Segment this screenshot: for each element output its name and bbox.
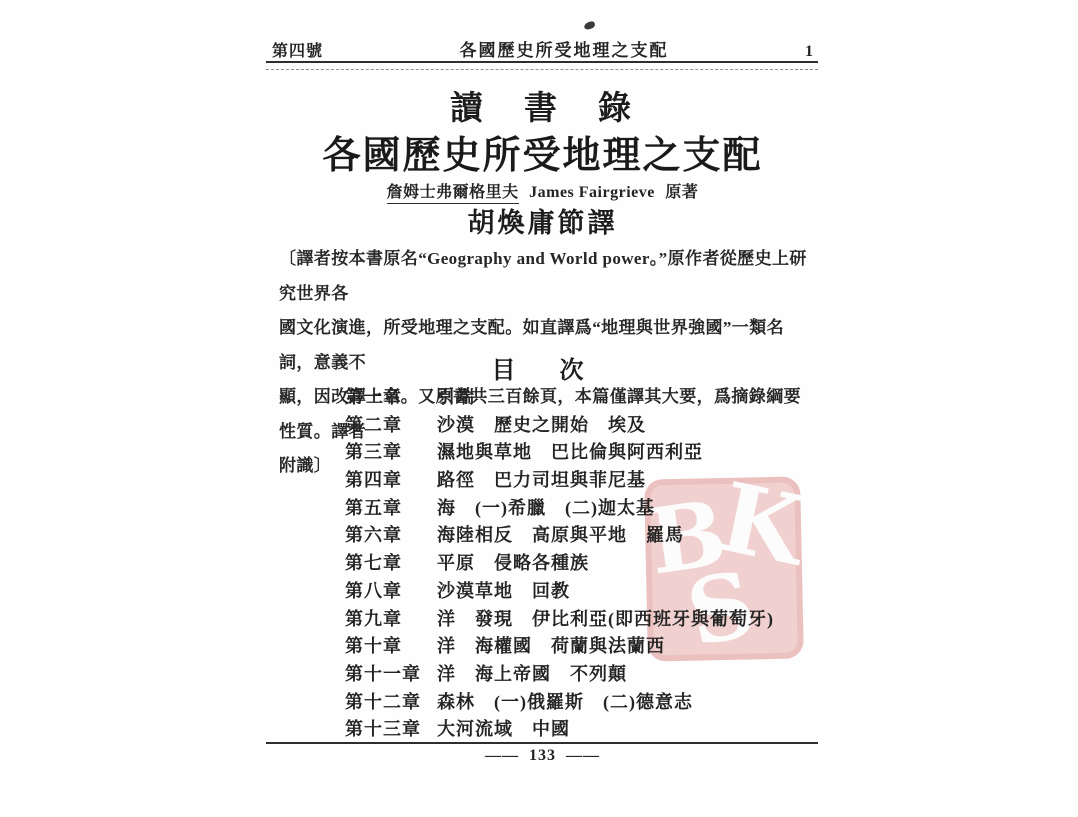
toc-chapter-title: 路徑 巴力司坦與菲尼基 xyxy=(437,467,646,495)
toc-chapter-title: 海陸相反 高原與平地 羅馬 xyxy=(437,522,684,550)
toc-chapter-label: 第六章 xyxy=(345,522,437,550)
toc-entry: 第六章海陸相反 高原與平地 羅馬 xyxy=(345,522,815,550)
page-number-top: 1 xyxy=(805,43,814,61)
toc-entry: 第十一章洋 海上帝國 不列顛 xyxy=(345,661,815,689)
toc-entry: 第九章洋 發現 伊比利亞(即西班牙與葡萄牙) xyxy=(345,606,815,634)
toc-chapter-title: 沙漠 歷史之開始 埃及 xyxy=(437,412,646,440)
toc-chapter-title: 沙漠草地 回教 xyxy=(437,578,570,606)
translator-line: 胡煥庸節譯 xyxy=(270,201,815,240)
toc-chapter-label: 第三章 xyxy=(345,439,437,467)
toc-entry: 第五章海 (一)希臘 (二)迦太基 xyxy=(345,495,815,523)
footer-dash-left: —— xyxy=(485,747,519,764)
toc-chapter-title: 海 (一)希臘 (二)迦太基 xyxy=(437,495,655,523)
toc-chapter-label: 第一章 xyxy=(345,384,437,412)
toc-list: 第一章引端 第二章沙漠 歷史之開始 埃及 第三章濕地與草地 巴比倫與阿西利亞 第… xyxy=(345,384,815,744)
footer-rule xyxy=(266,742,818,744)
toc-chapter-title: 洋 發現 伊比利亞(即西班牙與葡萄牙) xyxy=(437,606,774,634)
toc-chapter-title: 洋 海權國 荷蘭與法蘭西 xyxy=(437,633,665,661)
header-rule-solid xyxy=(266,61,818,63)
toc-chapter-label: 第十三章 xyxy=(345,716,437,744)
toc-entry: 第十二章森林 (一)俄羅斯 (二)德意志 xyxy=(345,689,815,717)
toc-chapter-label: 第七章 xyxy=(345,550,437,578)
running-title: 各國歷史所受地理之支配 xyxy=(460,36,669,61)
header-rule-dashed xyxy=(266,69,818,70)
running-header: 第四號 各國歷史所受地理之支配 1 xyxy=(272,36,814,61)
toc-heading: 目 次 xyxy=(270,350,815,385)
author-name-english: James Fairgrieve xyxy=(529,184,655,201)
issue-number: 第四號 xyxy=(272,38,323,61)
scanned-document-page: 第四號 各國歷史所受地理之支配 1 讀 書 錄 各國歷史所受地理之支配 詹姆士弗… xyxy=(0,0,1078,817)
author-line: 詹姆士弗爾格里夫 James Fairgrieve 原著 xyxy=(270,179,815,202)
toc-chapter-label: 第九章 xyxy=(345,606,437,634)
page-number-bottom: 133 xyxy=(529,747,556,764)
toc-chapter-label: 第十章 xyxy=(345,633,437,661)
toc-chapter-label: 第十二章 xyxy=(345,689,437,717)
toc-chapter-label: 第四章 xyxy=(345,467,437,495)
toc-chapter-title: 濕地與草地 巴比倫與阿西利亞 xyxy=(437,439,703,467)
toc-chapter-title: 引端 xyxy=(437,384,475,412)
toc-entry: 第二章沙漠 歷史之開始 埃及 xyxy=(345,412,815,440)
toc-chapter-title: 大河流域 中國 xyxy=(437,716,570,744)
article-title: 各國歷史所受地理之支配 xyxy=(270,124,815,179)
toc-entry: 第三章濕地與草地 巴比倫與阿西利亞 xyxy=(345,439,815,467)
toc-entry: 第一章引端 xyxy=(345,384,815,412)
toc-entry: 第十章洋 海權國 荷蘭與法蘭西 xyxy=(345,633,815,661)
toc-chapter-title: 森林 (一)俄羅斯 (二)德意志 xyxy=(437,689,693,717)
toc-entry: 第十三章大河流域 中國 xyxy=(345,716,815,744)
note-line: 〔譯者按本書原名“Geography and World power。”原作者從… xyxy=(279,242,815,311)
footer-dash-right: —— xyxy=(566,747,600,764)
author-suffix: 原著 xyxy=(665,184,698,201)
toc-chapter-label: 第十一章 xyxy=(345,661,437,689)
toc-chapter-title: 平原 侵略各種族 xyxy=(437,550,589,578)
page-title: 讀 書 錄 xyxy=(270,82,815,129)
toc-entry: 第八章沙漠草地 回教 xyxy=(345,578,815,606)
toc-entry: 第四章路徑 巴力司坦與菲尼基 xyxy=(345,467,815,495)
ink-smudge-mark xyxy=(583,20,596,30)
toc-chapter-title: 洋 海上帝國 不列顛 xyxy=(437,661,627,689)
toc-entry: 第七章平原 侵略各種族 xyxy=(345,550,815,578)
toc-chapter-label: 第二章 xyxy=(345,412,437,440)
toc-chapter-label: 第五章 xyxy=(345,495,437,523)
page-footer: ——133—— xyxy=(270,747,815,765)
toc-chapter-label: 第八章 xyxy=(345,578,437,606)
